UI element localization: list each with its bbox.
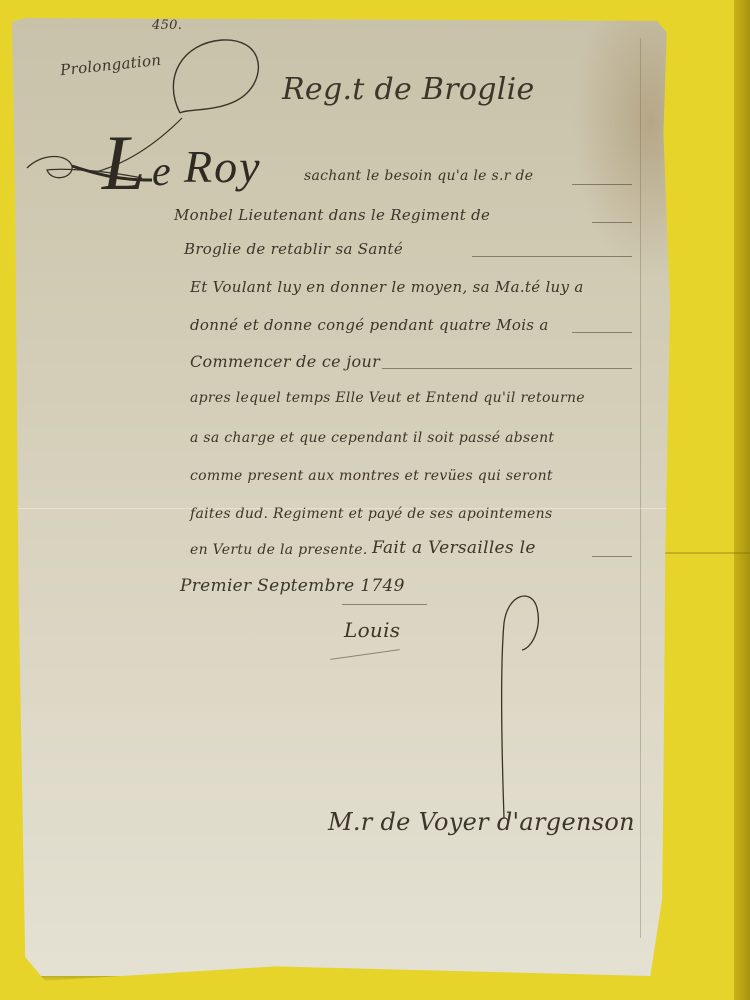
line-filler [592, 556, 632, 557]
body-line: sachant le besoin qu'a le s.r de [304, 168, 533, 184]
body-line: Et Voulant luy en donner le moyen, sa Ma… [190, 278, 584, 296]
line-filler [472, 256, 632, 257]
opening-roy: Roy [184, 140, 262, 193]
body-line: Monbel Lieutenant dans le Regiment de [174, 206, 490, 224]
body-line: Commencer de ce jour [190, 352, 380, 371]
backdrop-shadow-edge [734, 0, 750, 1000]
body-line: en Vertu de la presente. [190, 542, 368, 558]
closing-place: Fait a Versailles le [372, 538, 536, 558]
body-line: Broglie de retablir sa Santé [184, 240, 403, 258]
paper-fold-vertical [640, 38, 641, 938]
date-underline [342, 604, 427, 605]
body-line: faites dud. Regiment et payé de ses apoi… [190, 506, 552, 522]
countersignature: M.r de Voyer d'argenson [328, 808, 635, 836]
opening-initial-e: e [152, 148, 171, 196]
signature-underline [330, 649, 399, 660]
body-line: a sa charge et que cependant il soit pas… [190, 430, 554, 446]
body-line: apres lequel temps Elle Veut et Entend q… [190, 390, 585, 406]
line-filler [572, 332, 632, 333]
signature-louis: Louis [344, 618, 400, 642]
calligraphic-flourish-icon [12, 18, 332, 218]
body-line: donné et donne congé pendant quatre Mois… [190, 316, 549, 334]
opening-initial-l: L [102, 118, 145, 208]
line-filler [382, 368, 632, 369]
body-line: comme present aux montres et revües qui … [190, 468, 553, 484]
signature-flourish-icon [482, 588, 562, 828]
line-filler [572, 184, 632, 185]
manuscript-sheet: 450. Prolongation Reg.t de Broglie L e R… [12, 18, 670, 976]
date-line: Premier Septembre 1749 [180, 576, 405, 596]
line-filler [592, 222, 632, 223]
backdrop-crease [660, 552, 750, 554]
paper-stain [572, 18, 670, 278]
